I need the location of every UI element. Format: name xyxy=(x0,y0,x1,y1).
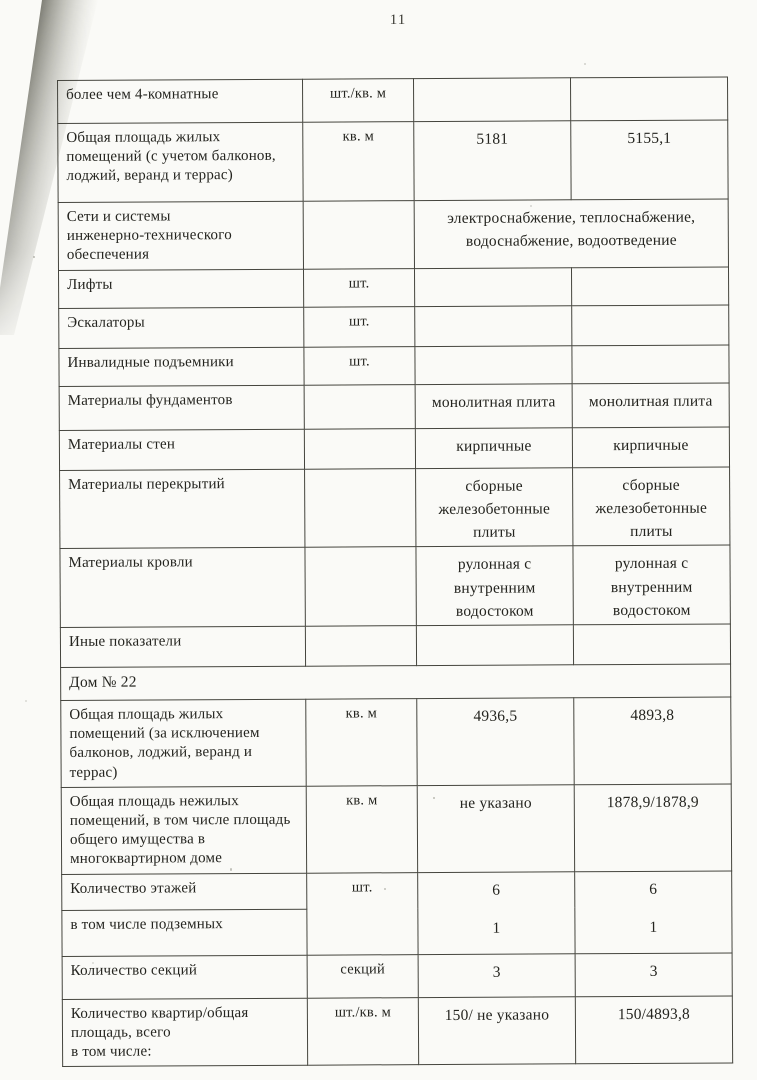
table-row: Общая площадь жилых помещений (с учетом … xyxy=(58,120,728,203)
value-cell: сборные железобетонные плиты xyxy=(416,467,573,547)
value-cell xyxy=(572,305,729,346)
table-row: Лифты шт. xyxy=(58,267,728,309)
label-cell: более чем 4-комнатные xyxy=(58,79,303,123)
scan-speck xyxy=(433,797,435,799)
value-cell: монолитная плита xyxy=(572,383,729,428)
label-cell: Эскалаторы xyxy=(59,307,304,348)
building-parameters-table-wrap: более чем 4-комнатные шт./кв. м Общая пл… xyxy=(57,76,732,1067)
value-cell xyxy=(415,305,572,346)
value-cell: 1878,9/1878,9 xyxy=(574,784,731,872)
page-number: 11 xyxy=(378,12,418,29)
unit-cell: секций xyxy=(307,954,418,998)
label-cell: Лифты xyxy=(58,269,303,308)
table-row: Материалы перекрытий сборные железобетон… xyxy=(60,467,730,549)
value-cell: монолитная плита xyxy=(415,383,572,428)
value-cell: не указано xyxy=(417,785,574,873)
label-cell: Количество этажей xyxy=(62,873,307,910)
label-cell: Материалы перекрытий xyxy=(60,469,305,549)
scan-speck xyxy=(25,700,27,702)
value-cell: кирпичные xyxy=(572,427,729,468)
table-row: Количество этажей шт. 6 6 xyxy=(62,871,732,911)
table-row: более чем 4-комнатные шт./кв. м xyxy=(58,77,728,124)
label-cell: Общая площадь жилых помещений (с учетом … xyxy=(58,122,303,202)
value-cell: кирпичные xyxy=(415,427,572,468)
label-cell: в том числе подземных xyxy=(62,909,307,956)
value-cell: рулонная с внутренним водостоком xyxy=(416,546,573,626)
value-cell: 5155,1 xyxy=(571,120,728,200)
unit-cell: шт./кв. м xyxy=(302,79,413,123)
value-cell: рулонная с внутренним водостоком xyxy=(573,545,730,625)
scanned-document-page: 11 более чем 4-комнатные шт./кв. м Общая… xyxy=(0,0,757,1080)
unit-cell: кв. м xyxy=(306,785,417,872)
scan-speck xyxy=(530,205,532,207)
table-row: Количество квартир/общая площадь, всего … xyxy=(62,996,732,1067)
unit-cell: шт. xyxy=(303,268,414,307)
table-row: Материалы кровли рулонная с внутренним в… xyxy=(60,545,730,627)
value-cell: 6 xyxy=(418,871,575,908)
table-row: Иные показатели xyxy=(60,624,730,668)
unit-cell xyxy=(304,384,415,429)
label-cell: Материалы стен xyxy=(59,429,304,470)
scan-speck xyxy=(384,888,386,890)
value-cell: 4893,8 xyxy=(574,697,731,785)
table-row: Материалы стен кирпичные кирпичные xyxy=(59,427,729,471)
unit-cell: шт. xyxy=(304,346,415,385)
unit-cell: кв. м xyxy=(303,122,414,202)
unit-cell xyxy=(305,547,416,626)
value-cell: сборные железобетонные плиты xyxy=(573,467,730,547)
value-cell: 4936,5 xyxy=(417,698,574,786)
unit-cell xyxy=(303,201,414,269)
value-cell: 6 xyxy=(575,871,732,908)
value-cell: 3 xyxy=(575,953,732,997)
label-cell: Общая площадь жилых помещений (за исключ… xyxy=(61,699,306,787)
value-cell xyxy=(415,345,572,384)
scan-speck xyxy=(92,962,94,964)
value-cell: 150/4893,8 xyxy=(575,996,732,1064)
label-cell: Сети и системы инженерно-технического об… xyxy=(58,201,303,270)
label-cell: Количество квартир/общая площадь, всего … xyxy=(62,998,307,1067)
table-row: Сети и системы инженерно-технического об… xyxy=(58,199,728,270)
table-row: Инвалидные подъемники шт. xyxy=(59,345,729,387)
label-cell: Иные показатели xyxy=(60,626,305,667)
label-cell: Общая площадь нежилых помещений, в том ч… xyxy=(61,786,306,874)
scan-speck xyxy=(33,256,35,258)
unit-cell: шт./кв. м xyxy=(307,997,418,1065)
scan-speck xyxy=(584,63,586,65)
merged-value-cell: электроснабжение, теплоснабжение, водосн… xyxy=(414,199,728,268)
value-cell xyxy=(414,267,571,306)
table-row: Общая площадь нежилых помещений, в том ч… xyxy=(61,784,731,874)
value-cell: 150/ не указано xyxy=(418,996,575,1064)
label-cell: Количество секций xyxy=(62,955,307,999)
label-cell: Инвалидные подъемники xyxy=(59,347,304,386)
table-row: Количество секций секций 3 3 xyxy=(62,953,732,1000)
unit-cell xyxy=(305,468,416,547)
unit-cell: шт. xyxy=(304,306,415,347)
value-cell xyxy=(413,78,570,122)
table-row: Материалы фундаментов монолитная плита м… xyxy=(59,383,729,431)
label-cell: Материалы фундаментов xyxy=(59,385,304,430)
section-header: Дом № 22 xyxy=(61,664,731,701)
unit-cell xyxy=(304,428,415,469)
value-cell: 5181 xyxy=(414,121,571,201)
value-cell xyxy=(416,625,573,666)
unit-cell: шт. xyxy=(307,872,418,955)
value-cell: 3 xyxy=(418,953,575,997)
label-cell: Материалы кровли xyxy=(60,548,305,628)
value-cell: 1 xyxy=(418,907,575,954)
value-cell xyxy=(573,624,730,665)
table-row: Эскалаторы шт. xyxy=(59,305,729,349)
value-cell xyxy=(572,345,729,384)
value-cell xyxy=(571,267,728,306)
table-row: Общая площадь жилых помещений (за исключ… xyxy=(61,697,731,787)
unit-cell xyxy=(305,626,416,667)
value-cell: 1 xyxy=(575,907,732,954)
scan-speck xyxy=(230,868,232,871)
value-cell xyxy=(570,77,727,121)
building-parameters-table: более чем 4-комнатные шт./кв. м Общая пл… xyxy=(57,76,733,1067)
unit-cell: кв. м xyxy=(306,699,417,786)
section-row: Дом № 22 xyxy=(61,664,731,701)
